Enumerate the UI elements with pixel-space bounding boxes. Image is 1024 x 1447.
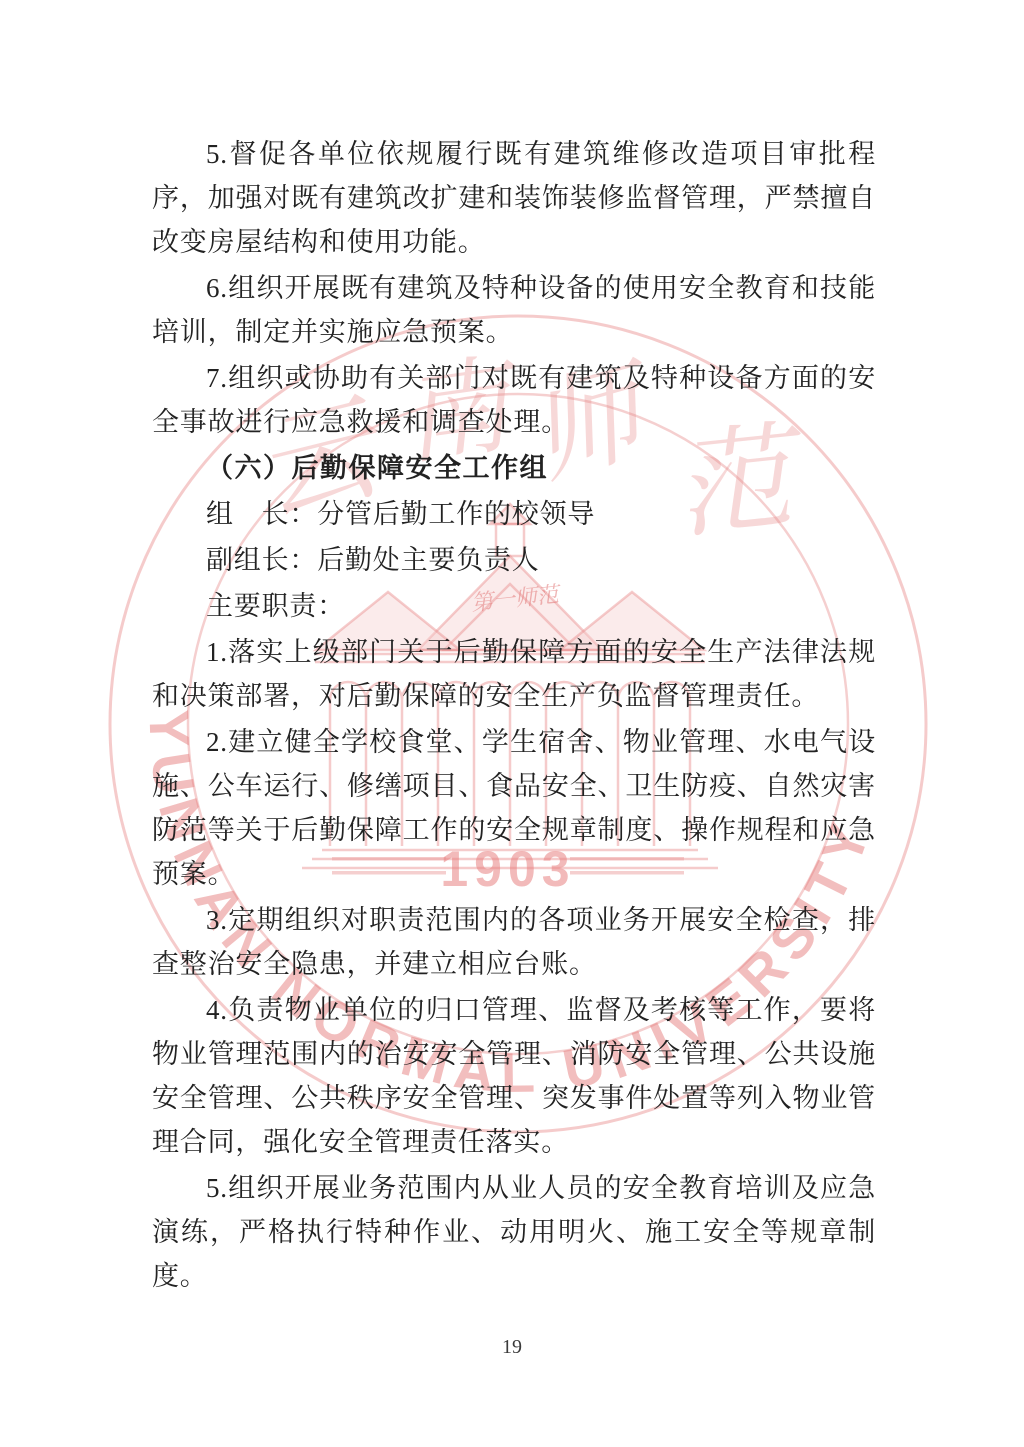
page-number: 19 <box>0 1336 1024 1359</box>
paragraph: 4.负责物业单位的归口管理、监督及考核等工作，要将物业管理范围内的治安安全管理、… <box>152 988 876 1164</box>
paragraph: 2.建立健全学校食堂、学生宿舍、物业管理、水电气设施、公车运行、修缮项目、食品安… <box>152 720 876 896</box>
paragraph: 7.组织或协助有关部门对既有建筑及特种设备方面的安全事故进行应急救援和调查处理。 <box>152 356 876 444</box>
document-page: YUNNAN NORMAL UNIVERSITY 云 南 师 范 <box>0 0 1024 1447</box>
paragraph: 5.督促各单位依规履行既有建筑维修改造项目审批程序，加强对既有建筑改扩建和装饰装… <box>152 132 876 264</box>
paragraph: 5.组织开展业务范围内从业人员的安全教育培训及应急演练，严格执行特种作业、动用明… <box>152 1166 876 1298</box>
paragraph: 组 长：分管后勤工作的校领导 <box>152 492 876 536</box>
paragraph: 副组长：后勤处主要负责人 <box>152 538 876 582</box>
paragraph: 6.组织开展既有建筑及特种设备的使用安全教育和技能培训，制定并实施应急预案。 <box>152 266 876 354</box>
paragraph: （六）后勤保障安全工作组 <box>152 446 876 490</box>
paragraph: 3.定期组织对职责范围内的各项业务开展安全检查，排查整治安全隐患，并建立相应台账… <box>152 898 876 986</box>
paragraph: 1.落实上级部门关于后勤保障方面的安全生产法律法规和决策部署，对后勤保障的安全生… <box>152 630 876 718</box>
document-body: 5.督促各单位依规履行既有建筑维修改造项目审批程序，加强对既有建筑改扩建和装饰装… <box>152 130 876 1300</box>
paragraph: 主要职责： <box>152 584 876 628</box>
